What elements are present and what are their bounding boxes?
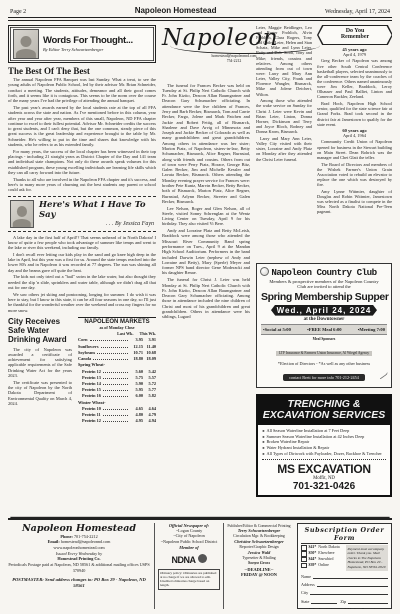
service-item: All Types of Dirtwork with Payloader, Do… — [262, 451, 386, 457]
newspaper-page: Page 2 Napoleon Homestead Wednesday, Apr… — [0, 0, 400, 614]
country-club-venue: at the Downtowner — [261, 317, 387, 322]
subscription-form: Subscription Order Form $41*North Dakota… — [297, 523, 392, 609]
subscription-prices: $41*North Dakota $50*Elsewhere $44*Snowb… — [301, 545, 343, 571]
dyr-title-line1: Do You — [318, 28, 392, 35]
staff-name: Jessica Wald — [227, 550, 291, 555]
staff-name: Terry Schwartzenberger — [227, 528, 291, 533]
article-title-city-award: City Receives Safe Water Drinking Award — [8, 317, 72, 345]
column-left: Words For Thought... By Editor Terry Sch… — [8, 25, 156, 513]
article-paragraph: The past year's awards earned by the loc… — [8, 105, 156, 147]
country-club-contact: contact Brett for more info 701-212-2454 — [283, 374, 365, 381]
news-paragraph: Among those who attended the wake servic… — [256, 98, 312, 134]
masthead-title: Napoleon Homestead — [135, 6, 217, 15]
markets-col2: This Wk. — [140, 331, 156, 336]
article-paragraph: A lake day in the first half of April!? … — [8, 235, 156, 251]
article-paragraph: We saw others jet skiing and pontooning,… — [8, 292, 156, 313]
election-note: *Election of Directors - *As well as any… — [261, 361, 387, 366]
golf-ball-icon — [260, 267, 269, 276]
words-for-thought-titles: Words For Thought... By Editor Terry Sch… — [43, 35, 133, 52]
news-paragraph: The funeral for Frances Becker was held … — [162, 83, 250, 204]
do-you-remember-banner: Do You Remember — [317, 25, 392, 46]
editor-photo — [13, 29, 39, 59]
schedule-meal: •FREE Meal 6:00 — [307, 327, 342, 332]
form-field-name: Name — [301, 574, 388, 579]
column-right: Leier, Maggie Beidlinger, Leo and Roger … — [256, 25, 392, 513]
checkbox — [301, 557, 307, 563]
staff-block: Publisher/Editor & Commercial Printing T… — [223, 523, 294, 609]
column-title: Words For Thought... — [43, 35, 133, 46]
article-title-best: The Best Of The Best — [8, 66, 156, 76]
dyr-title-line2: Remember — [318, 34, 392, 41]
form-field-state-zip: State Zip — [301, 599, 388, 604]
article-paragraph: Thanks to all who are involved in the Na… — [8, 177, 156, 193]
excavation-company-name: MS EXCAVATION — [258, 462, 390, 476]
words-for-thought-header: Words For Thought... By Editor Terry Sch… — [8, 25, 156, 63]
staff-name: Sonya Gross — [227, 560, 291, 565]
dotted-divider — [262, 459, 386, 460]
price-option: $39*Online — [301, 563, 343, 569]
association-seal-icon — [198, 554, 207, 563]
right-top-row: Leier, Maggie Beidlinger, Leo and Roger … — [256, 25, 392, 259]
sponsors-label: Meal Sponsors — [261, 337, 387, 341]
news-continuation-column: Leier, Maggie Beidlinger, Leo and Roger … — [256, 25, 312, 259]
dyr-paragraph: The Board of Directors and members of th… — [317, 162, 392, 188]
excavation-ad-header: TRENCHING & EXCAVATION SERVICES — [258, 396, 390, 425]
gift-note: Gift subscriptions available for all occ… — [301, 607, 388, 609]
markets-subtitle: as of Monday Close — [78, 325, 156, 330]
country-club-intro: Members & prospective members of the Nap… — [267, 279, 381, 290]
masthead-info: Napoleon Homestead Phone: 701-754-2212 E… — [8, 523, 154, 609]
city-award-article: City Receives Safe Water Drinking Award … — [8, 317, 72, 425]
excavation-services-list: All Season Waterline Installation at 7 F… — [262, 428, 386, 457]
jessica-photo — [10, 200, 34, 228]
excavation-ad: TRENCHING & EXCAVATION SERVICES All Seas… — [256, 394, 392, 497]
checkbox — [301, 545, 307, 551]
country-club-schedule: •Social at 5:00 •FREE Meal 6:00 •Meeting… — [261, 324, 387, 335]
excavation-company-phone: 701-321-0426 — [258, 481, 390, 492]
ndna-logo: NDNA — [172, 555, 196, 565]
page-header: Page 2 Napoleon Homestead Wednesday, Apr… — [0, 0, 400, 17]
column-middle: Napoleon homestead@napoleonnd.com 754-22… — [162, 25, 250, 513]
article-paragraph: I don't recall ever letting our kids pla… — [8, 252, 156, 273]
official-item: ~Napoleon Public School District — [158, 539, 220, 545]
official-newspaper-block: Official Newspaper of: ~Logan County ~Ci… — [154, 523, 223, 609]
country-club-date-banner: Wed., April 24, 2024 — [271, 305, 377, 316]
checkbox — [301, 551, 307, 557]
column-byline: . . . By Jessica Fayn — [39, 221, 154, 227]
news-paragraph: Lee Nelson, Roger and Glen Nelson, all o… — [162, 206, 250, 227]
excavation-title-line2: EXCAVATION SERVICES — [258, 410, 390, 422]
schedule-social: •Social at 5:00 — [263, 327, 291, 332]
masthead-postage: Periodicals Postage paid at Napoleon, ND… — [8, 562, 150, 573]
ndna-logo-row: NDNA — [158, 550, 220, 568]
column-left-bottom: City Receives Safe Water Drinking Award … — [8, 317, 156, 425]
page-number: Page 2 — [10, 9, 26, 15]
dyr-paragraph: Amy Lynne Wittmier, daughter of Douglas … — [317, 189, 392, 215]
obituary-policy: Obituary policy: Obituaries are publishe… — [158, 569, 220, 590]
form-field-address: Address — [301, 582, 388, 587]
article-paragraph: The city of Napoleon was awarded a certi… — [8, 347, 72, 379]
country-club-ad: Napoleon Country Club Members & prospect… — [256, 263, 392, 388]
masthead-footer: Napoleon Homestead Phone: 701-754-2212 E… — [8, 518, 392, 609]
golf-club-icon — [377, 369, 388, 379]
article-paragraph: The certificate was presented to the cit… — [8, 380, 72, 406]
deadline-value: FRIDAY @ NOON — [227, 572, 291, 577]
page-body: Words For Thought... By Editor Terry Sch… — [0, 21, 400, 515]
news-paragraph: Larry and Mary Ann Leier, Valley City vi… — [256, 136, 312, 162]
staff-name: Christine Schwartzenberger — [227, 539, 291, 544]
do-you-remember-column: Do You Remember 45 years ago April 4, 19… — [317, 25, 392, 259]
article-paragraph: The kids not only tried out a "bail" swi… — [8, 274, 156, 290]
dyr-date: April 4, 1979 — [317, 52, 392, 57]
dyr-paragraph: Brad Hoch, Napoleon High School senior, … — [317, 101, 392, 127]
markets-table: NAPOLEON MARKETS as of Monday Close Last… — [78, 317, 156, 425]
market-row: Protein 124.954.94 — [78, 418, 156, 424]
article-paragraph: For many years, the success of the local… — [8, 149, 156, 175]
dyr-date: April 4, 1964 — [317, 133, 392, 138]
markets-column-headers: Last Wk. This Wk. — [78, 331, 156, 336]
jessica-column-header: Here's What I Have To Say . . . By Jessi… — [8, 196, 156, 232]
postmaster-note: POSTMASTER: Send address changes to: PO … — [8, 577, 150, 589]
article-paragraph: The annual Napoleon FFA Banquet was last… — [8, 77, 156, 103]
subscription-title: Subscription Order Form — [301, 526, 388, 544]
dyr-paragraph: Greg Becker of Napoleon was among five o… — [317, 58, 392, 99]
schedule-meeting: •Meeting 7:00 — [358, 327, 385, 332]
country-club-title: Napoleon Country Club — [261, 267, 387, 278]
payment-note: Payment must accompany order. Thank you.… — [346, 545, 388, 571]
masthead-paper-title: Napoleon Homestead — [8, 523, 150, 534]
news-paragraph: The funeral for Christ J. Leier was held… — [162, 277, 250, 319]
checkbox — [301, 563, 307, 569]
form-field-city: City — [301, 590, 388, 595]
markets-col1: Last Wk. — [117, 331, 133, 336]
sponsors-names: LTF Insurance & Farmers Union Insurance,… — [276, 351, 372, 356]
news-paragraph: Leier, Maggie Beidlinger, Leo and Roger … — [256, 25, 312, 97]
country-club-headline: Spring Membership Supper — [261, 291, 387, 303]
column-title: Here's What I Have To Say — [39, 200, 154, 220]
jessica-titles: Here's What I Have To Say . . . By Jessi… — [39, 200, 154, 227]
dyr-paragraph: Community Credit Union of Napoleon opene… — [317, 139, 392, 160]
column-byline: By Editor Terry Schwartzenberger — [43, 47, 133, 52]
news-paragraph: Andy and Lorraine Platz and Betty McLeis… — [162, 228, 250, 276]
page-date: Wednesday, April 17, 2024 — [325, 9, 390, 15]
